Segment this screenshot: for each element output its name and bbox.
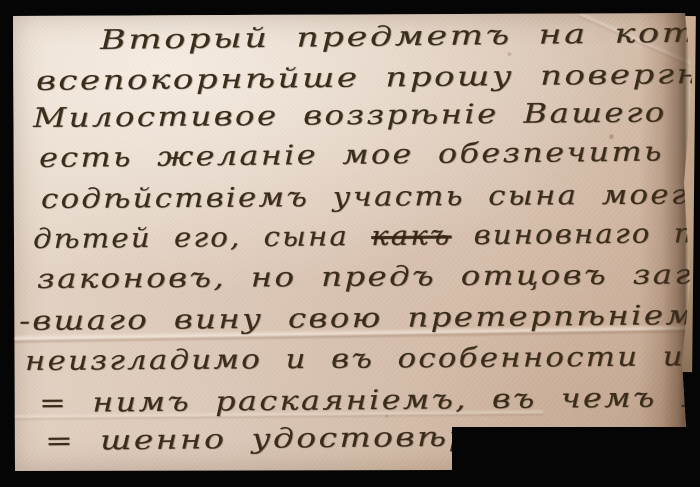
manuscript-text-segment: содѣйствіемъ участь сына моего и	[41, 179, 700, 215]
manuscript-line: есть желаніе мое обезпечить усил.	[39, 137, 700, 172]
manuscript-line: = нимъ раскаяніемъ, въ чемъ я сов-	[39, 383, 700, 417]
manuscript-text-segment: неизгладимо и въ особенности искрен-	[25, 341, 700, 377]
manuscript-text-segment: дѣтей его, сына	[33, 221, 371, 255]
manuscript-text-segment: есть желаніе мое обезпечить	[39, 136, 688, 174]
manuscript-line: неизгладимо и въ особенности искрен-	[25, 343, 700, 375]
paper-sheet: Вторый предметъ на которыйвсепокорнѣйше …	[13, 13, 693, 471]
manuscript-line: содѣйствіемъ участь сына моего и	[41, 181, 700, 213]
manuscript-text-segment: = нимъ раскаяніемъ, въ чемъ я сов-	[39, 381, 700, 419]
handwritten-text-block: Вторый предметъ на которыйвсепокорнѣйше …	[13, 13, 693, 471]
manuscript-line: всепокорнѣйше прошу повергнуть	[36, 60, 700, 95]
manuscript-text-segment: Вторый предметъ на который	[100, 16, 700, 56]
struck-word: какъ	[371, 220, 452, 252]
manuscript-scan: Вторый предметъ на которыйвсепокорнѣйше …	[0, 0, 700, 487]
manuscript-line: Милостивое воззрѣніе Вашего В-ва	[33, 99, 700, 132]
manuscript-line: законовъ, но предъ отцовъ заглади-	[37, 261, 700, 293]
manuscript-line: -вшаго вину свою претерпѣніемъ ми	[19, 301, 700, 335]
manuscript-line: = шенно удостовѣренъ.	[45, 423, 556, 455]
manuscript-text-segment: -вшаго вину свою претерпѣніемъ ми	[19, 299, 700, 337]
manuscript-line: Вторый предметъ на который	[100, 18, 700, 54]
manuscript-text-segment: всепокорнѣйше прошу повергнуть	[36, 58, 700, 97]
manuscript-text-segment: виновнаго предъ	[451, 218, 700, 252]
manuscript-text-segment: = шенно удостовѣренъ.	[45, 421, 556, 457]
manuscript-text-segment: Милостивое воззрѣніе Вашего В-ва	[33, 97, 700, 134]
manuscript-text-segment: законовъ, но предъ отцовъ заглади-	[37, 259, 700, 295]
manuscript-line: дѣтей его, сына какъ виновнаго предъ	[33, 220, 700, 253]
